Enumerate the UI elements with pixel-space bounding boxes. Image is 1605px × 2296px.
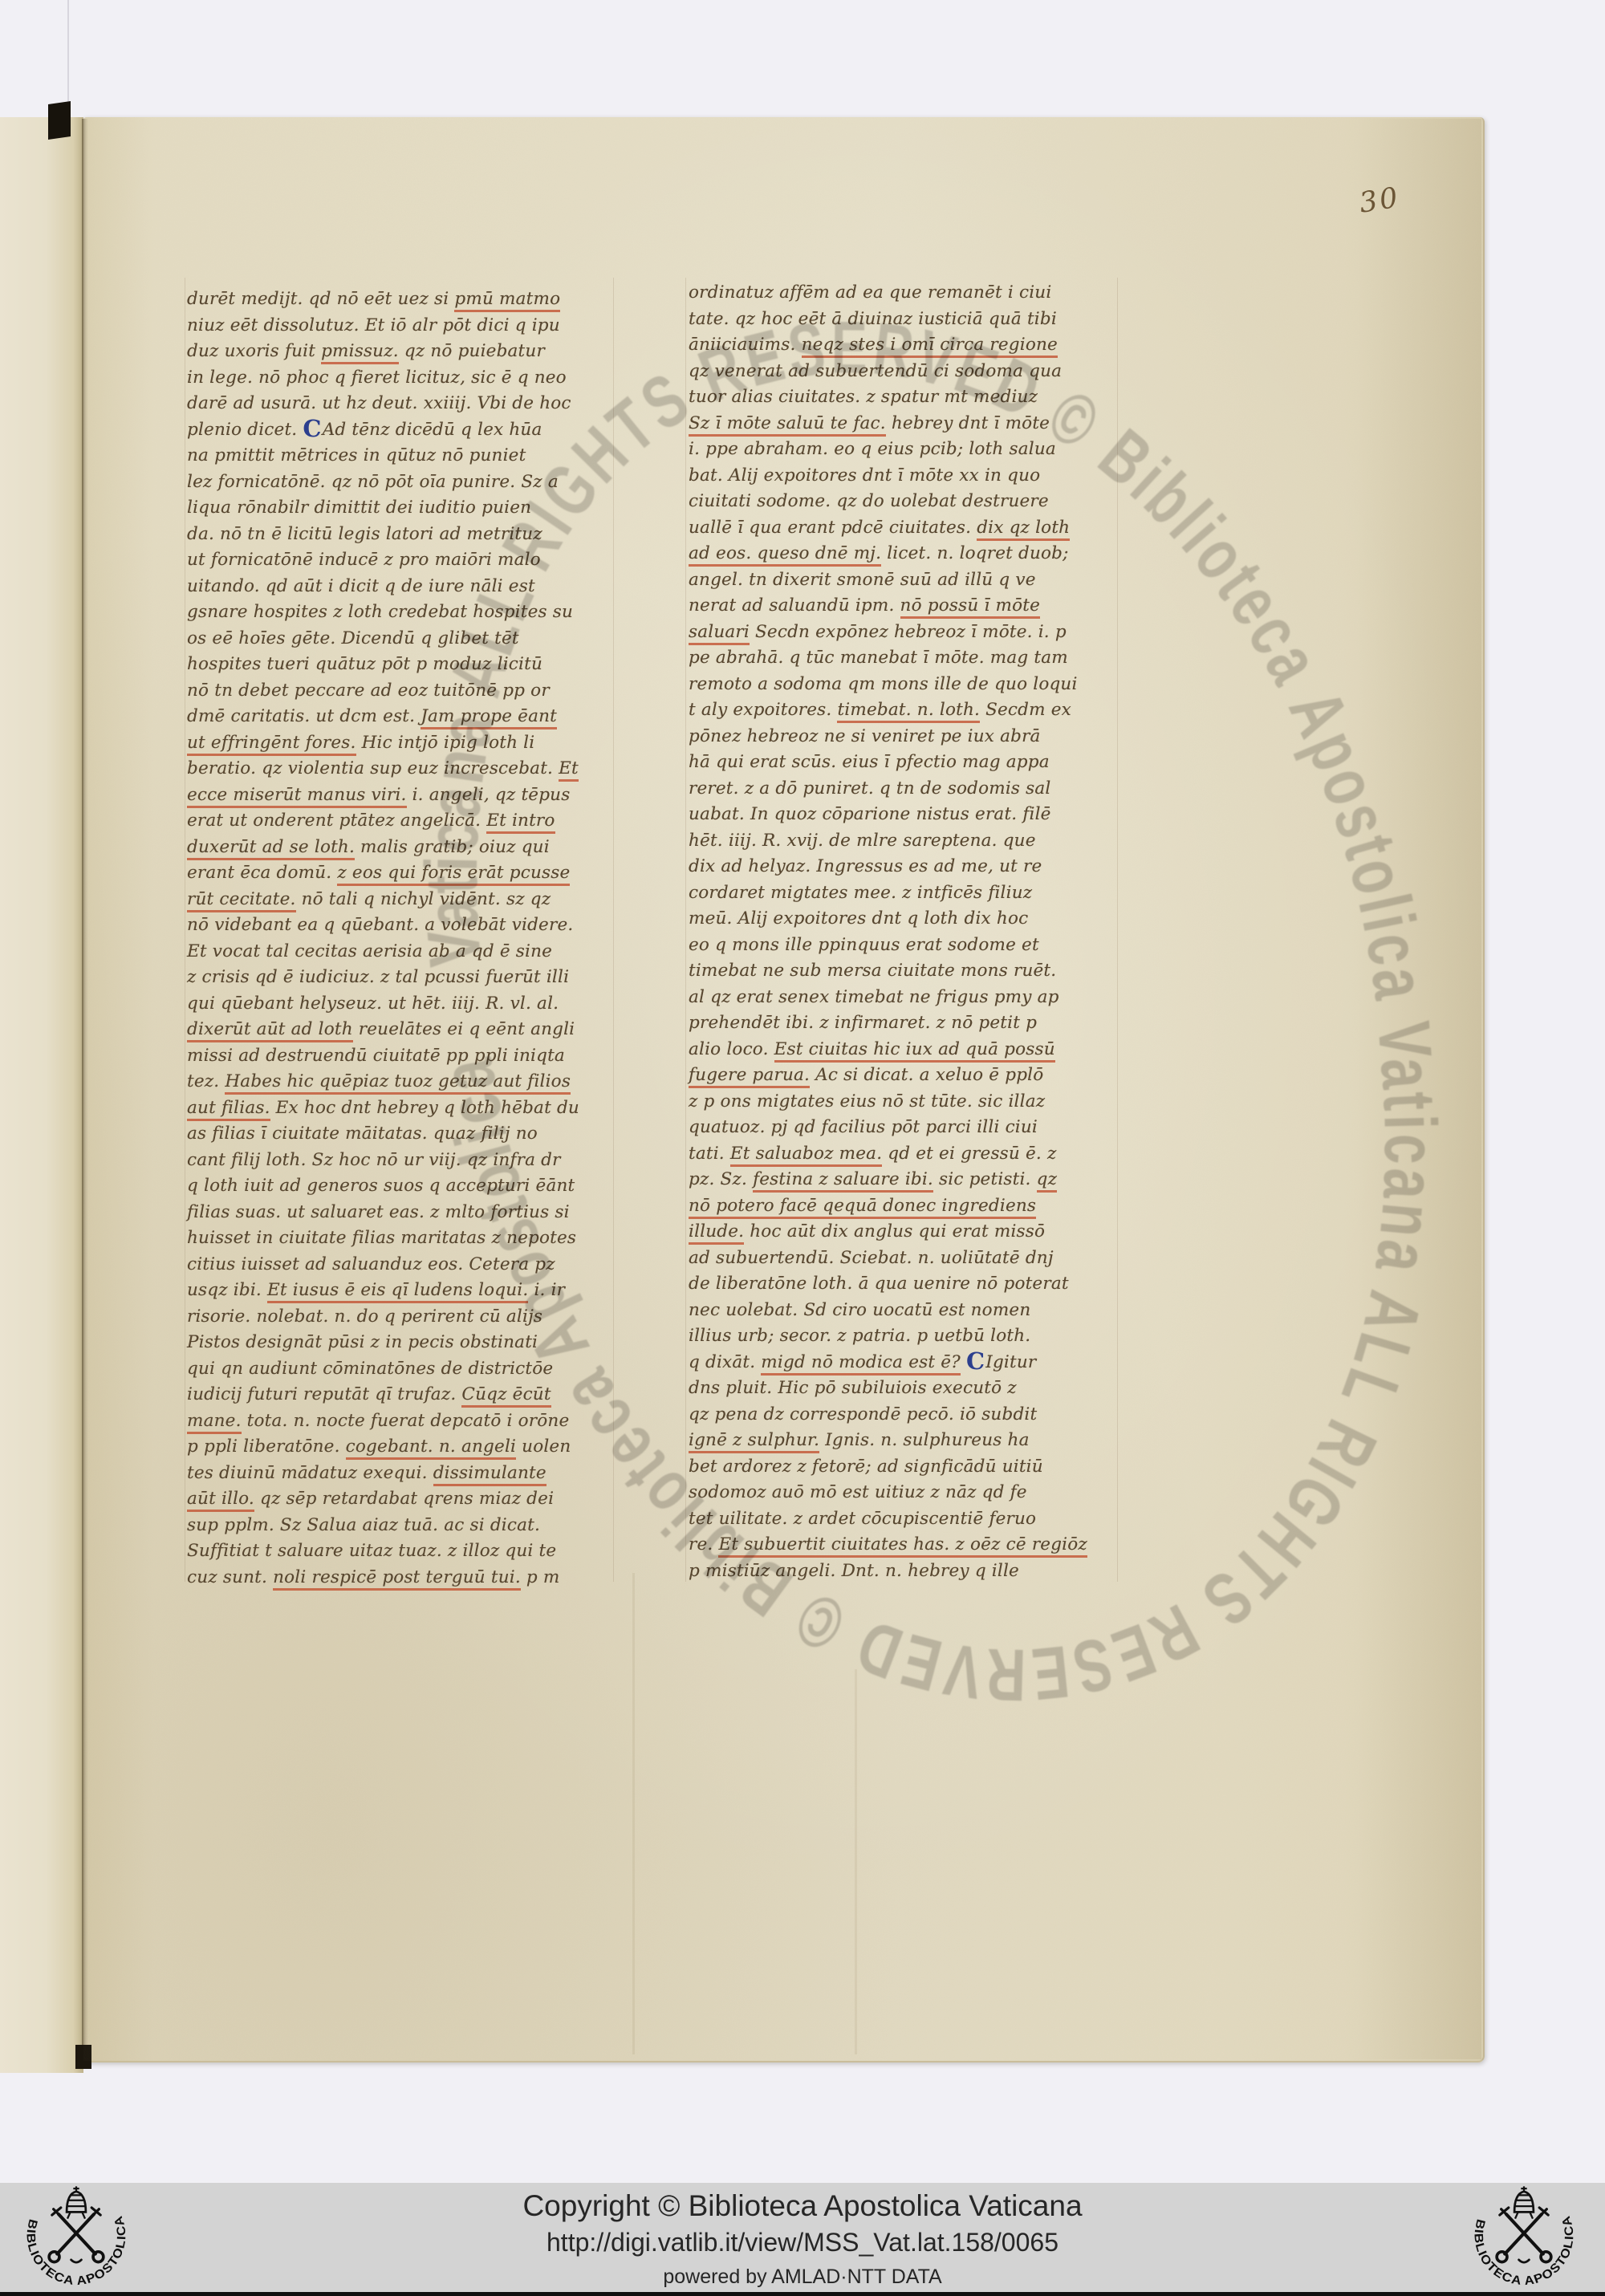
- rubricated-text-segment: nō potero facē qequā donec ingrediens: [689, 1196, 1036, 1219]
- manuscript-line: lez fornicatōnē. qz nō pōt oīa punire. S…: [187, 472, 559, 492]
- manuscript-line: duz uxoris fuit pmissuz. qz nō puiebatur: [187, 341, 545, 361]
- text-segment: durēt medijt. qd nō eēt uez si: [187, 289, 454, 309]
- rubricated-text-segment: dixerūt aūt ad loth: [187, 1019, 353, 1042]
- manuscript-line: in lege. nō phoc q fieret licituz, sic ē…: [187, 368, 567, 388]
- text-segment: na pmittit mētrices in qūtuz nō puniet: [187, 445, 526, 465]
- manuscript-line: z crisis qd ē iudiciuz. z tal pcussi fue…: [187, 967, 569, 987]
- text-segment: Ac si dicat. a xeluo ē pplō: [810, 1065, 1043, 1085]
- rubricated-text-segment: pmissuz.: [321, 341, 399, 364]
- text-segment: nec uolebat. Sd ciro uocatū est nomen: [689, 1300, 1030, 1320]
- manuscript-line: niuz eēt dissolutuz. Et iō alr pōt dici …: [187, 315, 560, 335]
- manuscript-line: plenio dicet. CAd tēnz dicēdū q lex hūa: [187, 420, 542, 440]
- footer-powered-by: powered by AMLAD·NTT DATA: [0, 2266, 1605, 2289]
- rubricated-text-segment: ad eos. queso dnē mj.: [689, 543, 881, 567]
- rubricated-text-segment: rūt cecitate.: [187, 889, 296, 912]
- text-segment: liqua rōnabilr dimittit dei iuditio puie…: [187, 498, 531, 518]
- text-segment: erant ēca domū.: [187, 863, 337, 883]
- manuscript-line: tes diuinū mādatuz exequi. dissimulante: [187, 1463, 547, 1483]
- rubricated-text-segment: aut filias.: [187, 1098, 270, 1121]
- blue-paraph-mark: C: [966, 1347, 985, 1375]
- manuscript-line: q dixāt. migd nō modica est ē? CIgitur: [689, 1352, 1036, 1372]
- rubricated-text-segment: Et iusus ē eis qī ludens loqui.: [267, 1280, 528, 1303]
- rubricated-text-segment: Sz ī mōte saluū te fac.: [689, 413, 886, 437]
- manuscript-line: uitando. qd aūt i dicit q de iure nāli e…: [187, 576, 535, 596]
- text-segment: angel. tn dixerit smonē suū ad illū q ve: [689, 570, 1036, 590]
- right-margin-shading: [1356, 119, 1481, 2059]
- manuscript-line: Sz ī mōte saluū te fac. hebrey dnt ī mōt…: [689, 413, 1050, 433]
- column-ruling-line: [1117, 278, 1118, 1582]
- manuscript-line: quatuoz. pj qd facilius pōt parci illi c…: [689, 1117, 1038, 1137]
- text-segment: hā qui erat scūs. eius ī pfectio mag app…: [689, 752, 1050, 772]
- manuscript-line: hospites tueri quātuz pōt p moduz licitū: [187, 654, 542, 674]
- manuscript-line: Suffitiat t saluare uitaz tuaz. z illoz …: [187, 1541, 556, 1561]
- text-segment: q dixāt.: [689, 1352, 761, 1372]
- manuscript-line: z p ons migtates eius nō st tūte. sic il…: [689, 1091, 1045, 1111]
- facing-page-edge: [0, 117, 83, 2073]
- text-segment: p mistiūz angeli. Dnt. n. hebrey q ille: [689, 1561, 1019, 1581]
- text-segment: de liberatōne loth. ā qua uenire nō pote…: [689, 1274, 1069, 1294]
- text-segment: os eē hoīes gēte. Dicendū q glibet tēt: [187, 628, 519, 648]
- text-segment: Ex hoc dnt hebrey q loth hēbat du: [270, 1098, 579, 1118]
- image-bottom-edge: [0, 2292, 1605, 2296]
- rubricated-text-segment: Cūqz ēcūt: [461, 1384, 551, 1408]
- parchment-fold-line: [855, 1669, 857, 2054]
- text-segment: cuz sunt.: [187, 1567, 273, 1587]
- rubricated-text-segment: pmū matmo: [454, 289, 560, 312]
- text-segment: ciuitati sodome. qz do uolebat destruere: [689, 491, 1049, 511]
- rubricated-text-segment: illude.: [689, 1221, 744, 1245]
- rubricated-text-segment: migd nō modica est ē?: [761, 1352, 961, 1376]
- text-segment: beratio. qz violentia sup euz incresceba…: [187, 758, 559, 778]
- text-segment: in lege. nō phoc q fieret licituz, sic ē…: [187, 368, 567, 388]
- text-segment: z p ons migtates eius nō st tūte. sic il…: [689, 1091, 1045, 1111]
- rubricated-text-segment: duxerūt ad se loth.: [187, 837, 355, 860]
- manuscript-line: erat ut onderent ptātez angelicā. Et int…: [187, 811, 555, 831]
- manuscript-line: cuz sunt. noli respicē post terguū tui. …: [187, 1567, 560, 1587]
- rubricated-text-segment: neqz stes i omī circa regione: [802, 335, 1058, 358]
- blue-paraph-mark: C: [303, 415, 321, 442]
- text-segment: p m: [521, 1567, 560, 1587]
- manuscript-line: as filias ī ciuitate māitatas. quaz fili…: [187, 1124, 538, 1144]
- parchment-fold-line: [632, 1573, 635, 2054]
- text-segment: [961, 1352, 966, 1372]
- footer-bar: Copyright © Biblioteca Apostolica Vatica…: [0, 2183, 1605, 2296]
- manuscript-line: saluari Secdn expōnez hebreoz ī mōte. i.…: [689, 622, 1067, 642]
- manuscript-line: tet uilitate. z ardet cōcupiscentiē feru…: [689, 1509, 1036, 1529]
- manuscript-line: cant filij loth. Sz hoc nō ur viij. qz i…: [187, 1150, 561, 1170]
- manuscript-line: nerat ad saluandū ipm. nō possū ī mōte: [689, 595, 1040, 616]
- manuscript-line: qui qūebant helyseuz. ut hēt. iiij. R. v…: [187, 994, 559, 1014]
- manuscript-line: cordaret migtates mee. z intficēs filiuz: [689, 883, 1032, 903]
- manuscript-line: filias suas. ut saluaret eas. z mlto for…: [187, 1202, 570, 1222]
- manuscript-line: prehendēt ibi. z infirmaret. z nō petit …: [689, 1013, 1037, 1033]
- text-segment: lez fornicatōnē. qz nō pōt oīa punire. S…: [187, 472, 559, 492]
- column-ruling-line: [685, 278, 686, 1582]
- text-segment: i. ppe abraham. eo q eius pcib; loth sal…: [689, 439, 1056, 459]
- manuscript-line: timebat ne sub mersa ciuitate mons ruēt.: [689, 961, 1056, 981]
- text-segment: ordinatuz affēm ad ea que remanēt i ciui: [689, 282, 1051, 303]
- text-segment: sup pplm. Sz Salua aiaz tuā. ac si dicat…: [187, 1515, 540, 1535]
- manuscript-line: mane. tota. n. nocte fuerat depcatō i or…: [187, 1411, 569, 1431]
- text-segment: illius urb; secor. z patria. p uetbū lot…: [689, 1326, 1030, 1346]
- text-segment: gsnare hospites z loth credebat hospites…: [187, 602, 573, 622]
- text-segment: eo q mons ille ppinquus erat sodome et: [689, 935, 1039, 955]
- manuscript-line: reret. z a dō puniret. q tn de sodomis s…: [689, 778, 1051, 799]
- text-segment: p ppli liberatōne.: [187, 1437, 346, 1457]
- rubricated-text-segment: Et intro: [486, 811, 555, 834]
- text-segment: uitando. qd aūt i dicit q de iure nāli e…: [187, 576, 535, 596]
- manuscript-line: meū. Alij expoitores dnt q loth dix hoc: [689, 908, 1028, 929]
- text-segment: plenio dicet.: [187, 420, 303, 440]
- text-segment: Hic intjō ipig loth li: [356, 733, 535, 753]
- text-segment: uallē ī qua erant pdcē ciuitates.: [689, 518, 977, 538]
- text-segment: re.: [689, 1534, 718, 1554]
- manuscript-line: qz pena dz correspondē pecō. iō subdit: [689, 1404, 1037, 1424]
- manuscript-line: ad subuertendū. Sciebat. n. uoliūtatē dn…: [689, 1248, 1054, 1268]
- text-segment: cordaret migtates mee. z intficēs filiuz: [689, 883, 1032, 903]
- rubricated-text-segment: noli respicē post terguū tui.: [273, 1567, 521, 1591]
- manuscript-line: darē ad usurā. ut hz deut. xxiiij. Vbi d…: [187, 393, 571, 413]
- manuscript-line: tez. Habes hic quēpiaz tuoz getuz aut fi…: [187, 1071, 571, 1091]
- text-segment: usqz ibi.: [187, 1280, 267, 1300]
- text-segment: pe abrahā. q tūc manebat ī mōte. mag tam: [689, 648, 1068, 668]
- text-segment: prehendēt ibi. z infirmaret. z nō petit …: [689, 1013, 1037, 1033]
- rubricated-text-segment: aūt illo.: [187, 1489, 254, 1512]
- text-segment: tet uilitate. z ardet cōcupiscentiē feru…: [689, 1509, 1036, 1529]
- text-segment: āniiciauims.: [689, 335, 802, 355]
- text-segment: missi ad destruendū ciuitatē pp ppli ini…: [187, 1046, 565, 1066]
- text-segment: meū. Alij expoitores dnt q loth dix hoc: [689, 908, 1028, 929]
- manuscript-line: nō tn debet peccare ad eoz tuitōnē pp or: [187, 681, 550, 701]
- text-segment: darē ad usurā. ut hz deut. xxiiij. Vbi d…: [187, 393, 571, 413]
- manuscript-line: q loth iuit ad generos suos q accepturi …: [187, 1176, 575, 1196]
- manuscript-line: aūt illo. qz sēp retardabat qrens miaz d…: [187, 1489, 554, 1509]
- manuscript-line: ecce miserūt manus viri. i. angeli, qz t…: [187, 785, 570, 805]
- text-segment: Ignis. n. sulphureus ha: [819, 1430, 1029, 1450]
- manuscript-line: nec uolebat. Sd ciro uocatū est nomen: [689, 1300, 1030, 1320]
- manuscript-line: aut filias. Ex hoc dnt hebrey q loth hēb…: [187, 1098, 579, 1118]
- manuscript-line: p mistiūz angeli. Dnt. n. hebrey q ille: [689, 1561, 1019, 1581]
- manuscript-line: nō videbant ea q qūebant. a volebāt vide…: [187, 915, 573, 935]
- text-segment: quatuoz. pj qd facilius pōt parci illi c…: [689, 1117, 1038, 1137]
- manuscript-line: erant ēca domū. z eos qui foris erāt pcu…: [187, 863, 570, 883]
- text-segment: Secdm ex: [980, 700, 1071, 720]
- text-segment: tati.: [689, 1144, 730, 1164]
- manuscript-line: bet ardorez z fetorē; ad signficādū uiti…: [689, 1457, 1043, 1477]
- manuscript-line: alio loco. Est ciuitas hic iux ad quā po…: [689, 1039, 1055, 1059]
- text-segment: qd et ei gressū ē. z: [882, 1144, 1056, 1164]
- text-segment: bet ardorez z fetorē; ad signficādū uiti…: [689, 1457, 1043, 1477]
- text-segment: tuor alias ciuitates. z spatur mt mediuz: [689, 387, 1038, 407]
- text-segment: pz. Sz.: [689, 1169, 753, 1189]
- manuscript-line: da. nō tn ē licitū legis latori ad metri…: [187, 524, 542, 544]
- manuscript-line: huisset in ciuitate filias maritatas z n…: [187, 1228, 576, 1248]
- manuscript-line: ignē z sulphur. Ignis. n. sulphureus ha: [689, 1430, 1030, 1450]
- text-segment: remoto a sodoma qm mons ille de quo loqu…: [689, 674, 1078, 694]
- manuscript-line: gsnare hospites z loth credebat hospites…: [187, 602, 573, 622]
- manuscript-line: rūt cecitate. nō tali q nichyl vidēnt. s…: [187, 889, 551, 909]
- manuscript-line: beratio. qz violentia sup euz incresceba…: [187, 758, 579, 778]
- manuscript-line: risorie. nolebat. n. do q perirent cū al…: [187, 1306, 542, 1327]
- manuscript-line: ciuitati sodome. qz do uolebat destruere: [689, 491, 1049, 511]
- manuscript-line: hā qui erat scūs. eius ī pfectio mag app…: [689, 752, 1050, 772]
- text-segment: duz uxoris fuit: [187, 341, 321, 361]
- manuscript-line: de liberatōne loth. ā qua uenire nō pote…: [689, 1274, 1069, 1294]
- manuscript-line: sodomoz auō mō est uitiuz z nāz qd fe: [689, 1482, 1027, 1502]
- text-segment: nō tn debet peccare ad eoz tuitōnē pp or: [187, 681, 550, 701]
- text-segment: sic petisti.: [933, 1169, 1037, 1189]
- text-segment: hēt. iiij. R. xvij. de mlre sareptena. q…: [689, 831, 1036, 851]
- text-segment: Igitur: [985, 1352, 1036, 1372]
- text-segment: malis gratib; oiuz qui: [355, 837, 550, 857]
- text-segment: alio loco.: [689, 1039, 774, 1059]
- manuscript-line: fugere parua. Ac si dicat. a xeluo ē ppl…: [689, 1065, 1043, 1085]
- text-segment: licet. n. loqret duob;: [881, 543, 1068, 563]
- text-segment: hoc aūt dix anglus qui erat missō: [744, 1221, 1045, 1241]
- text-segment: uabat. In quoz cōparione nistus erat. fi…: [689, 804, 1051, 824]
- manuscript-line: tati. Et saluaboz mea. qd et ei gressū ē…: [689, 1144, 1057, 1164]
- logo-ring-text: BIBLIOTECA APOSTOLICA VATICANA: [1471, 2214, 1576, 2288]
- manuscript-line: pe abrahā. q tūc manebat ī mōte. mag tam: [689, 648, 1068, 668]
- rubricated-text-segment: Et subuertit ciuitates has. z oēz cē reg…: [718, 1534, 1087, 1558]
- manuscript-line: duxerūt ad se loth. malis gratib; oiuz q…: [187, 837, 550, 857]
- folio-number: 30: [1357, 181, 1402, 219]
- manuscript-line: pz. Sz. festina z saluare ibi. sic petis…: [689, 1169, 1057, 1189]
- manuscript-line: āniiciauims. neqz stes i omī circa regio…: [689, 335, 1058, 355]
- manuscript-line: ad eos. queso dnē mj. licet. n. loqret d…: [689, 543, 1069, 563]
- rubricated-text-segment: Jam prope ēant: [421, 706, 557, 729]
- rubricated-text-segment: dix qz loth: [977, 518, 1070, 541]
- manuscript-line: Et vocat tal cecitas aerisia ab a qd ē s…: [187, 941, 552, 961]
- text-segment: Et vocat tal cecitas aerisia ab a qd ē s…: [187, 941, 552, 961]
- rubricated-text-segment: ecce miserūt manus viri.: [187, 785, 407, 808]
- rubricated-text-segment: saluari: [689, 622, 750, 645]
- manuscript-line: p ppli liberatōne. cogebant. n. angeli u…: [187, 1437, 571, 1457]
- text-segment: q loth iuit ad generos suos q accepturi …: [187, 1176, 575, 1196]
- text-segment: sodomoz auō mō est uitiuz z nāz qd fe: [689, 1482, 1027, 1502]
- manuscript-line: illius urb; secor. z patria. p uetbū lot…: [689, 1326, 1030, 1346]
- manuscript-line: al qz erat senex timebat ne frigus pmy a…: [689, 987, 1059, 1007]
- rubricated-text-segment: cogebant. n. angeli: [346, 1437, 516, 1460]
- text-segment: dmē caritatis. ut dcm est.: [187, 706, 421, 726]
- text-segment: uolen: [516, 1437, 571, 1457]
- text-segment: bat. Alij expoitores dnt ī mōte xx in qu…: [689, 465, 1040, 486]
- rubricated-text-segment: Habes hic quēpiaz tuoz getuz aut filios: [225, 1071, 571, 1095]
- manuscript-line: tuor alias ciuitates. z spatur mt mediuz: [689, 387, 1038, 407]
- manuscript-line: ut fornicatōnē inducē z pro maiōri malo: [187, 550, 541, 570]
- manuscript-line: qui qn audiunt cōminatōnes de districtōe: [187, 1359, 553, 1379]
- text-segment: qui qūebant helyseuz. ut hēt. iiij. R. v…: [187, 994, 559, 1014]
- text-segment: nō videbant ea q qūebant. a volebāt vide…: [187, 915, 573, 935]
- vatican-keys-emblem-icon: BIBLIOTECA APOSTOLICA VATICANA: [1464, 2181, 1584, 2296]
- text-segment: t aly expoitores.: [689, 700, 837, 720]
- text-segment: tate. qz hoc eēt ā diuinaz iusticiā quā …: [689, 309, 1057, 329]
- text-segment: citius iuisset ad saluanduz eos. Cetera …: [187, 1254, 555, 1274]
- text-segment: reret. z a dō puniret. q tn de sodomis s…: [689, 778, 1051, 799]
- crossed-keys-icon: [1497, 2208, 1551, 2262]
- papal-tiara-icon: [1514, 2186, 1534, 2218]
- binding-notch-bottom: [75, 2045, 91, 2069]
- manuscript-line: ordinatuz affēm ad ea que remanēt i ciui: [689, 282, 1051, 303]
- binding-notch-top: [48, 101, 71, 140]
- rubricated-text-segment: z eos qui foris erāt pcusse: [337, 863, 570, 886]
- manuscript-line: dmē caritatis. ut dcm est. Jam prope ēan…: [187, 706, 557, 726]
- text-segment: i. angeli, qz tēpus: [407, 785, 571, 805]
- papal-tiara-icon: [67, 2186, 86, 2218]
- column-ruling-line: [185, 278, 185, 1582]
- text-segment: cant filij loth. Sz hoc nō ur viij. qz i…: [187, 1150, 561, 1170]
- text-segment: tes diuinū mādatuz exequi.: [187, 1463, 433, 1483]
- manuscript-line: bat. Alij expoitores dnt ī mōte xx in qu…: [689, 465, 1040, 486]
- rubricated-text-segment: dissimulante: [433, 1463, 547, 1486]
- vatican-library-logo-right: BIBLIOTECA APOSTOLICA VATICANA: [1464, 2181, 1584, 2296]
- text-segment: Pistos designāt pūsi z in pecis obstinat…: [187, 1332, 538, 1352]
- manuscript-line: remoto a sodoma qm mons ille de quo loqu…: [689, 674, 1078, 694]
- text-segment: hospites tueri quātuz pōt p moduz licitū: [187, 654, 542, 674]
- manuscript-line: eo q mons ille ppinquus erat sodome et: [689, 935, 1039, 955]
- text-segment: qz nō puiebatur: [399, 341, 545, 361]
- manuscript-line: dixerūt aūt ad loth reuelātes ei q eēnt …: [187, 1019, 575, 1039]
- manuscript-line: t aly expoitores. timebat. n. loth. Secd…: [689, 700, 1071, 720]
- rubricated-text-segment: festina z saluare ibi.: [753, 1169, 933, 1193]
- text-segment: reuelātes ei q eēnt angli: [353, 1019, 575, 1039]
- text-segment: da. nō tn ē licitū legis latori ad metri…: [187, 524, 542, 544]
- manuscript-line: durēt medijt. qd nō eēt uez si pmū matmo: [187, 289, 560, 309]
- text-segment: ad subuertendū. Sciebat. n. uoliūtatē dn…: [689, 1248, 1054, 1268]
- text-segment: dix ad helyaz. Ingressus es ad me, ut re: [689, 856, 1042, 876]
- text-segment: al qz erat senex timebat ne frigus pmy a…: [689, 987, 1059, 1007]
- rubricated-text-segment: fugere parua.: [689, 1065, 810, 1088]
- manuscript-line: i. ppe abraham. eo q eius pcib; loth sal…: [689, 439, 1056, 459]
- text-segment: iudicij futuri reputāt qī trufaz.: [187, 1384, 461, 1404]
- manuscript-line: liqua rōnabilr dimittit dei iuditio puie…: [187, 498, 531, 518]
- text-segment: nerat ad saluandū ipm.: [689, 595, 900, 616]
- manuscript-line: ut effringēnt fores. Hic intjō ipig loth…: [187, 733, 534, 753]
- text-segment: dns pluit. Hic pō subiluiois executō z: [689, 1378, 1017, 1398]
- text-segment: filias suas. ut saluaret eas. z mlto for…: [187, 1202, 570, 1222]
- text-segment: as filias ī ciuitate māitatas. quaz fili…: [187, 1124, 538, 1144]
- text-segment: Ad tēnz dicēdū q lex hūa: [323, 420, 542, 440]
- manuscript-line: re. Et subuertit ciuitates has. z oēz cē…: [689, 1534, 1087, 1554]
- manuscript-line: dns pluit. Hic pō subiluiois executō z: [689, 1378, 1017, 1398]
- text-segment: tota. n. nocte fuerat depcatō i orōne: [242, 1411, 570, 1431]
- rubricated-text-segment: nō possū ī mōte: [900, 595, 1041, 619]
- rubricated-text-segment: Est ciuitas hic iux ad quā possū: [774, 1039, 1055, 1063]
- rubricated-text-segment: mane.: [187, 1411, 242, 1434]
- manuscript-line: tate. qz hoc eēt ā diuinaz iusticiā quā …: [689, 309, 1057, 329]
- text-segment: Secdn expōnez hebreoz ī mōte. i. p: [750, 622, 1067, 642]
- text-segment: risorie. nolebat. n. do q perirent cū al…: [187, 1306, 542, 1327]
- rubricated-text-segment: ut effringēnt fores.: [187, 733, 356, 756]
- manuscript-line: os eē hoīes gēte. Dicendū q glibet tēt: [187, 628, 519, 648]
- manuscript-line: illude. hoc aūt dix anglus qui erat miss…: [689, 1221, 1045, 1241]
- manuscript-line: pōnez hebreoz ne si veniret pe iux abrā: [689, 726, 1041, 746]
- text-segment: Suffitiat t saluare uitaz tuaz. z illoz …: [187, 1541, 556, 1561]
- manuscript-line: uabat. In quoz cōparione nistus erat. fi…: [689, 804, 1051, 824]
- manuscript-line: uallē ī qua erant pdcē ciuitates. dix qz…: [689, 518, 1070, 538]
- crossed-keys-icon: [49, 2208, 104, 2262]
- text-segment: qui qn audiunt cōminatōnes de districtōe: [187, 1359, 553, 1379]
- text-segment: i. ir: [528, 1280, 565, 1300]
- manuscript-line: qz venerat ad subuertendū ci sodoma qua: [689, 361, 1062, 381]
- logo-ring-text: BIBLIOTECA APOSTOLICA VATICANA: [23, 2214, 128, 2288]
- rubricated-text-segment: ignē z sulphur.: [689, 1430, 819, 1453]
- manuscript-line: citius iuisset ad saluanduz eos. Cetera …: [187, 1254, 555, 1274]
- text-segment: timebat ne sub mersa ciuitate mons ruēt.: [689, 961, 1056, 981]
- rubricated-text-segment: Et: [559, 758, 579, 782]
- vatican-keys-emblem-icon: BIBLIOTECA APOSTOLICA VATICANA: [16, 2181, 136, 2296]
- text-segment: z crisis qd ē iudiciuz. z tal pcussi fue…: [187, 967, 569, 987]
- text-segment: qz sēp retardabat qrens miaz dei: [254, 1489, 554, 1509]
- text-segment: pōnez hebreoz ne si veniret pe iux abrā: [689, 726, 1041, 746]
- manuscript-line: usqz ibi. Et iusus ē eis qī ludens loqui…: [187, 1280, 565, 1300]
- manuscript-line: nō potero facē qequā donec ingrediens: [689, 1196, 1036, 1216]
- manuscript-line: dix ad helyaz. Ingressus es ad me, ut re: [689, 856, 1042, 876]
- text-segment: ut fornicatōnē inducē z pro maiōri malo: [187, 550, 541, 570]
- footer-url: http://digi.vatlib.it/view/MSS_Vat.lat.1…: [0, 2228, 1605, 2257]
- footer-copyright: Copyright © Biblioteca Apostolica Vatica…: [0, 2189, 1605, 2223]
- manuscript-line: missi ad destruendū ciuitatē pp ppli ini…: [187, 1046, 565, 1066]
- text-segment: qz pena dz correspondē pecō. iō subdit: [689, 1404, 1037, 1424]
- gutter-crease: [82, 119, 88, 2065]
- text-segment: niuz eēt dissolutuz. Et iō alr pōt dici …: [187, 315, 560, 335]
- rubricated-text-segment: qz: [1037, 1169, 1058, 1193]
- text-segment: hebrey dnt ī mōte: [886, 413, 1050, 433]
- manuscript-line: angel. tn dixerit smonē suū ad illū q ve: [689, 570, 1036, 590]
- digitized-manuscript-scan: 30 durēt medijt. qd nō eēt uez si pmū ma…: [0, 0, 1605, 2296]
- vatican-library-logo-left: BIBLIOTECA APOSTOLICA VATICANA: [16, 2181, 136, 2296]
- text-segment: erat ut onderent ptātez angelicā.: [187, 811, 486, 831]
- text-segment: tez.: [187, 1071, 225, 1091]
- manuscript-line: hēt. iiij. R. xvij. de mlre sareptena. q…: [689, 831, 1036, 851]
- rubricated-text-segment: Et saluaboz mea.: [730, 1144, 882, 1167]
- rubricated-text-segment: timebat. n. loth.: [837, 700, 980, 723]
- manuscript-line: sup pplm. Sz Salua aiaz tuā. ac si dicat…: [187, 1515, 540, 1535]
- text-segment: qz venerat ad subuertendū ci sodoma qua: [689, 361, 1062, 381]
- text-segment: huisset in ciuitate filias maritatas z n…: [187, 1228, 576, 1248]
- column-ruling-line: [613, 278, 614, 1582]
- manuscript-line: Pistos designāt pūsi z in pecis obstinat…: [187, 1332, 538, 1352]
- text-segment: nō tali q nichyl vidēnt. sz qz: [296, 889, 551, 909]
- manuscript-line: iudicij futuri reputāt qī trufaz. Cūqz ē…: [187, 1384, 551, 1404]
- manuscript-line: na pmittit mētrices in qūtuz nō puniet: [187, 445, 526, 465]
